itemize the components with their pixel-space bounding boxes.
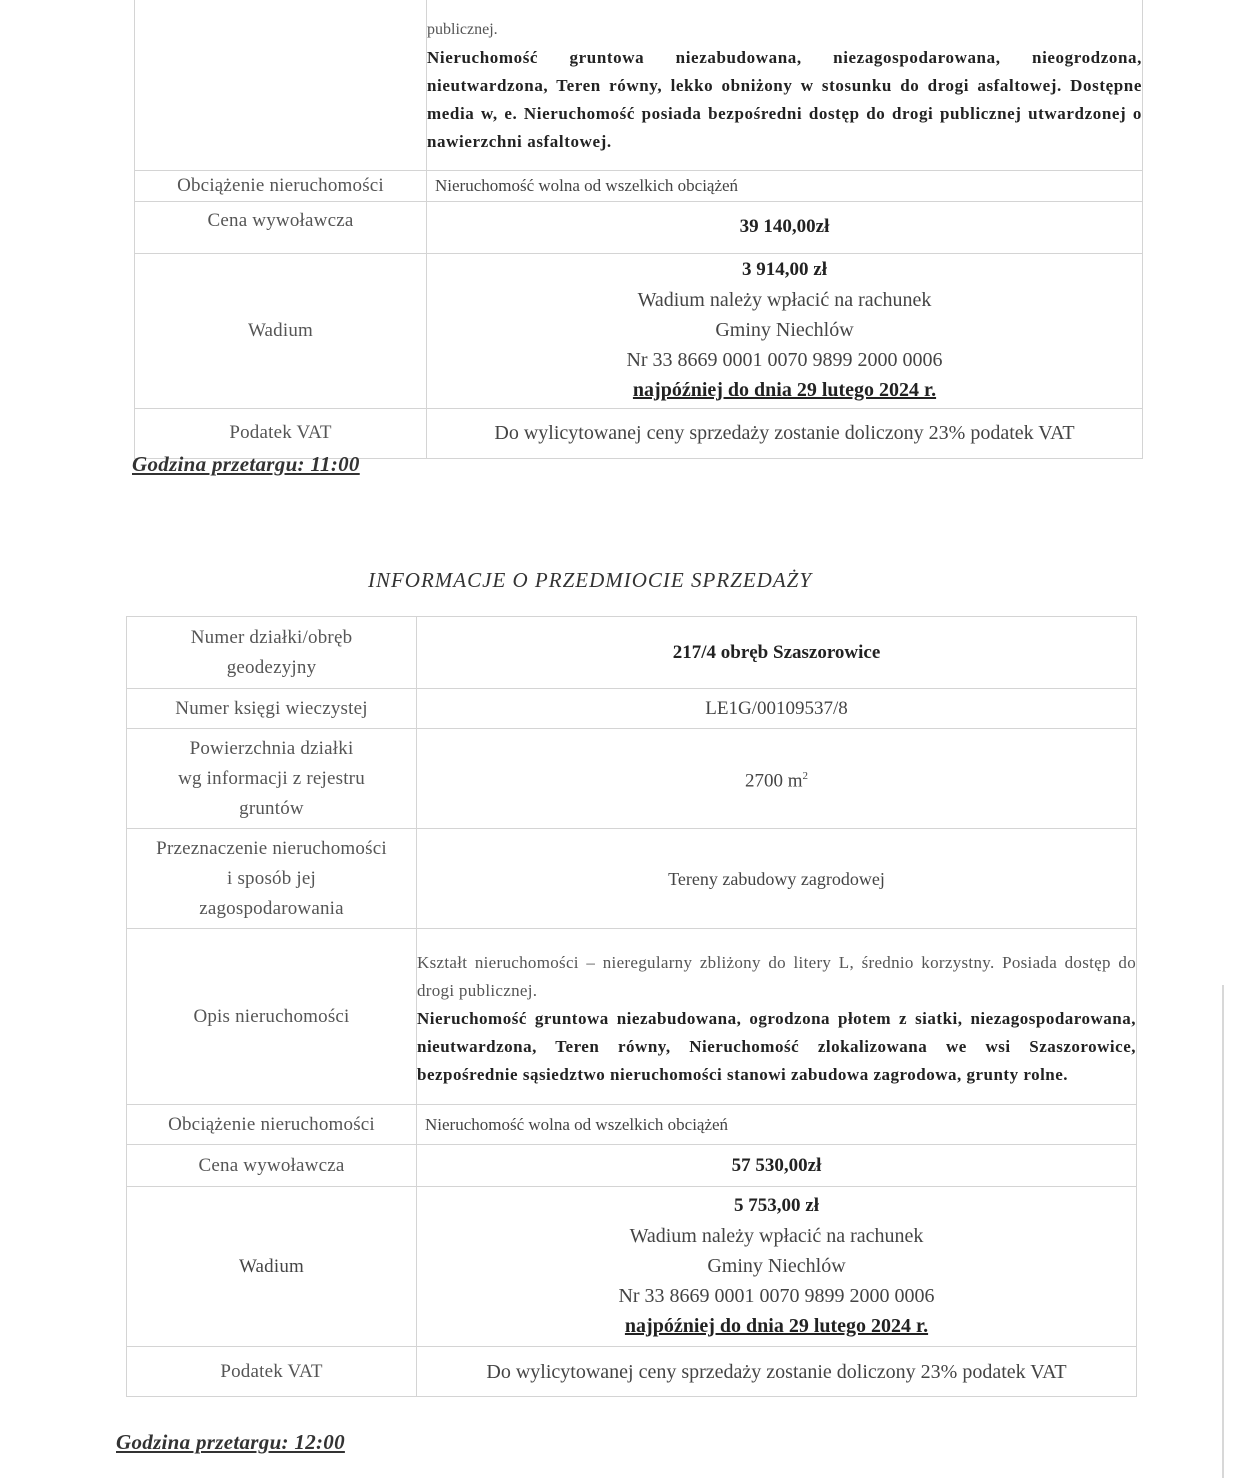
parcel-value: 217/4 obręb Szaszorowice xyxy=(673,642,881,663)
purpose-label-line1: Przeznaczenie nieruchomości xyxy=(127,834,416,864)
description-value-cell: publicznej. Nieruchomość gruntowa niezab… xyxy=(427,0,1143,170)
scanned-document-page: publicznej. Nieruchomość gruntowa niezab… xyxy=(0,0,1240,1478)
parcel-label-line2: geodezyjny xyxy=(127,653,416,683)
area-value-cell: 2700 m2 xyxy=(417,729,1137,829)
scan-edge-line xyxy=(1222,985,1224,1478)
starting-price-amount: 39 140,00zł xyxy=(740,216,830,237)
deposit-amount: 5 753,00 zł xyxy=(417,1191,1136,1221)
encumbrance-value: Nieruchomość wolna od wszelkich obciążeń xyxy=(417,1105,1137,1145)
parcel-label: Numer działki/obręb geodezyjny xyxy=(127,617,417,689)
area-label-line2: wg informacji z rejestru xyxy=(127,764,416,794)
area-unit-superscript: 2 xyxy=(803,770,809,782)
starting-price-value: 57 530,00zł xyxy=(417,1145,1137,1187)
table-row-vat: Podatek VAT Do wylicytowanej ceny sprzed… xyxy=(135,408,1143,458)
deposit-deadline: najpóźniej do dnia 29 lutego 2024 r. xyxy=(625,1315,928,1337)
parcel-value-cell: 217/4 obręb Szaszorowice xyxy=(417,617,1137,689)
vat-value: Do wylicytowanej ceny sprzedaży zostanie… xyxy=(417,1347,1137,1397)
table-row-starting-price: Cena wywoławcza 57 530,00zł xyxy=(127,1145,1137,1187)
property-table-1: publicznej. Nieruchomość gruntowa niezab… xyxy=(134,0,1143,459)
deposit-recipient: Gminy Niechlów xyxy=(417,1251,1136,1281)
deposit-instruction: Wadium należy wpłacić na rachunek xyxy=(427,285,1142,315)
purpose-value: Tereny zabudowy zagrodowej xyxy=(417,829,1137,929)
deposit-recipient: Gminy Niechlów xyxy=(427,315,1142,345)
table-row-starting-price: Cena wywoławcza 39 140,00zł xyxy=(135,201,1143,253)
section-title: INFORMACJE O PRZEDMIOCIE SPRZEDAŻY xyxy=(0,568,1180,593)
table-row-description-tail: publicznej. Nieruchomość gruntowa niezab… xyxy=(135,0,1143,170)
deposit-value-cell: 3 914,00 zł Wadium należy wpłacić na rac… xyxy=(427,253,1143,408)
table-row-encumbrance: Obciążenie nieruchomości Nieruchomość wo… xyxy=(135,170,1143,201)
deposit-instruction: Wadium należy wpłacić na rachunek xyxy=(417,1221,1136,1251)
parcel-label-line1: Numer działki/obręb xyxy=(127,623,416,653)
purpose-label-line3: zagospodarowania xyxy=(127,894,416,924)
vat-label: Podatek VAT xyxy=(127,1347,417,1397)
table-row-description: Opis nieruchomości Kształt nieruchomości… xyxy=(127,929,1137,1105)
table-row-parcel: Numer działki/obręb geodezyjny 217/4 obr… xyxy=(127,617,1137,689)
vat-value: Do wylicytowanej ceny sprzedaży zostanie… xyxy=(427,408,1143,458)
deposit-account-number: Nr 33 8669 0001 0070 9899 2000 0006 xyxy=(427,345,1142,375)
deposit-label: Wadium xyxy=(135,253,427,408)
deposit-value-cell: 5 753,00 zł Wadium należy wpłacić na rac… xyxy=(417,1187,1137,1347)
deposit-label: Wadium xyxy=(127,1187,417,1347)
auction-hour-1: Godzina przetargu: 11:00 xyxy=(132,452,360,477)
table-row-deposit: Wadium 5 753,00 zł Wadium należy wpłacić… xyxy=(127,1187,1137,1347)
encumbrance-label: Obciążenie nieruchomości xyxy=(135,170,427,201)
vat-label: Podatek VAT xyxy=(135,408,427,458)
area-label-line1: Powierzchnia działki xyxy=(127,734,416,764)
starting-price-label: Cena wywoławcza xyxy=(135,201,427,253)
table-row-land-register: Numer księgi wieczystej LE1G/00109537/8 xyxy=(127,689,1137,729)
description-text-light: publicznej. xyxy=(427,16,1142,44)
table-row-encumbrance: Obciążenie nieruchomości Nieruchomość wo… xyxy=(127,1105,1137,1145)
description-text-light: Kształt nieruchomości – nieregularny zbl… xyxy=(417,949,1136,1005)
deposit-deadline: najpóźniej do dnia 29 lutego 2024 r. xyxy=(633,379,936,401)
deposit-account-number: Nr 33 8669 0001 0070 9899 2000 0006 xyxy=(417,1281,1136,1311)
starting-price-amount: 57 530,00zł xyxy=(732,1155,822,1176)
land-register-label: Numer księgi wieczystej xyxy=(127,689,417,729)
table-row-area: Powierzchnia działki wg informacji z rej… xyxy=(127,729,1137,829)
table-row-purpose: Przeznaczenie nieruchomości i sposób jej… xyxy=(127,829,1137,929)
auction-hour-2: Godzina przetargu: 12:00 xyxy=(116,1430,345,1455)
purpose-label: Przeznaczenie nieruchomości i sposób jej… xyxy=(127,829,417,929)
starting-price-label: Cena wywoławcza xyxy=(127,1145,417,1187)
description-value-cell: Kształt nieruchomości – nieregularny zbl… xyxy=(417,929,1137,1105)
area-label-line3: gruntów xyxy=(127,794,416,824)
description-text-bold: Nieruchomość gruntowa niezabudowana, nie… xyxy=(427,44,1142,156)
table-row-deposit: Wadium 3 914,00 zł Wadium należy wpłacić… xyxy=(135,253,1143,408)
description-text-bold: Nieruchomość gruntowa niezabudowana, ogr… xyxy=(417,1005,1136,1089)
purpose-label-line2: i sposób jej xyxy=(127,864,416,894)
encumbrance-value: Nieruchomość wolna od wszelkich obciążeń xyxy=(427,170,1143,201)
area-label: Powierzchnia działki wg informacji z rej… xyxy=(127,729,417,829)
starting-price-value: 39 140,00zł xyxy=(427,201,1143,253)
area-value: 2700 m xyxy=(745,770,803,791)
land-register-value: LE1G/00109537/8 xyxy=(417,689,1137,729)
encumbrance-label: Obciążenie nieruchomości xyxy=(127,1105,417,1145)
description-label: Opis nieruchomości xyxy=(127,929,417,1105)
table-row-vat: Podatek VAT Do wylicytowanej ceny sprzed… xyxy=(127,1347,1137,1397)
property-table-2: Numer działki/obręb geodezyjny 217/4 obr… xyxy=(126,616,1137,1397)
deposit-amount: 3 914,00 zł xyxy=(427,255,1142,285)
description-label-cell xyxy=(135,0,427,170)
